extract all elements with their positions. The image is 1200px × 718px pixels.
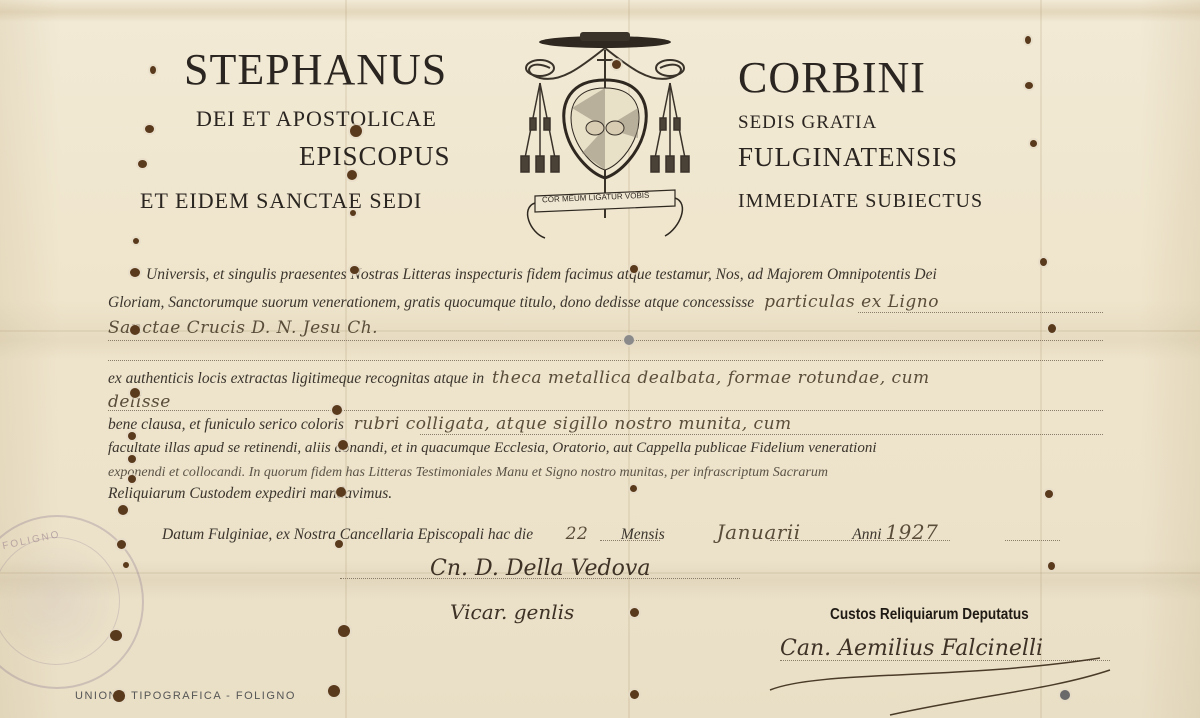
fill-line [108, 360, 1103, 361]
body-line-2: Gloriam, Sanctorumque suorum veneratione… [108, 292, 1108, 312]
body-line-2-printed: Gloriam, Sanctorumque suorum veneratione… [108, 294, 754, 311]
dating-prefix: Datum Fulginiae, ex Nostra Cancellaria E… [162, 526, 533, 543]
header-right-line4: IMMEDIATE SUBIECTUS [738, 190, 983, 213]
signature-flourish [760, 650, 1120, 718]
body-line-6-printed: bene clausa, et funiculo serico coloris [108, 416, 344, 433]
body-line-6: bene clausa, et funiculo serico coloris … [108, 414, 1108, 434]
body-line-7: facultate illas apud se retinendi, aliis… [108, 440, 1108, 457]
header-left-line2: DEI ET APOSTOLICAE [196, 106, 437, 132]
body-line-8: exponendi et collocandi. In quorum fidem… [108, 465, 1108, 481]
header-left-line3: EPISCOPUS [299, 141, 451, 172]
handwritten-relic-name: Sanctae Crucis D. N. Jesu Ch. [108, 318, 378, 338]
fill-line [858, 312, 1103, 313]
episcopal-coat-of-arms-icon: COR MEUM LIGATUR VOBIS [510, 28, 700, 243]
handwritten-relic-description: particulas ex Ligno [764, 292, 939, 312]
header-right-line3: FULGINATENSIS [738, 142, 958, 173]
dating-day: 22 [537, 524, 617, 544]
body-line-4: ex authenticis locis extractas ligitimeq… [108, 368, 1108, 388]
body-line-5: delisse [108, 392, 1108, 412]
vicar-title: Vicar. genlis [450, 600, 574, 624]
fill-line [340, 578, 740, 579]
stamp-inner-ring [0, 537, 120, 665]
fill-line [108, 340, 1103, 341]
handwritten-reliquary-description: theca metallica dealbata, formae rotunda… [492, 368, 930, 388]
fill-line [108, 410, 1103, 411]
body-line-9: Reliquiarum Custodem expediri mandavimus… [108, 485, 1108, 503]
header-left-line4: ET EIDEM SANCTAE SEDI [140, 188, 422, 214]
body-line-4-printed: ex authenticis locis extractas ligitimeq… [108, 370, 484, 387]
bishop-surname: CORBINI [738, 52, 926, 103]
handwritten-seal-description: rubri colligata, atque sigillo nostro mu… [354, 414, 792, 434]
bishop-first-name: STEPHANUS [184, 44, 447, 95]
printer-imprint: UNIONE TIPOGRAFICA - FOLIGNO [75, 690, 296, 702]
fold-crease [1040, 0, 1042, 718]
header-right-line2: SEDIS GRATIA [738, 112, 877, 134]
fill-line [600, 540, 660, 541]
custos-label: Custos Reliquiarum Deputatus [830, 606, 1029, 624]
fill-line [770, 540, 950, 541]
fill-line [1005, 540, 1060, 541]
fill-line [420, 434, 1103, 435]
body-line-3: Sanctae Crucis D. N. Jesu Ch. [108, 318, 1108, 338]
body-line-1: Universis, et singulis praesentes Nostra… [146, 266, 1146, 284]
